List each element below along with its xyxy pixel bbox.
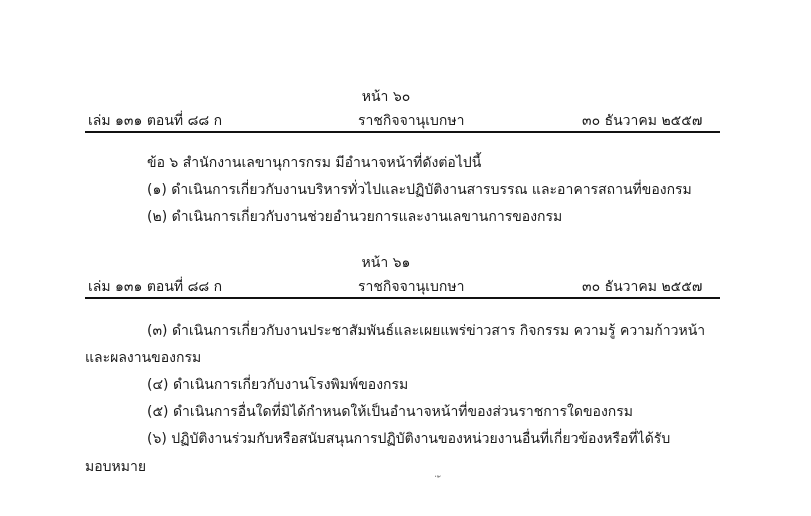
clause-4: (๔) ดำเนินการเกี่ยวกับงานโรงพิมพ์ของกรม: [147, 374, 408, 396]
clause-5: (๕) ดำเนินการอื่นใดที่มิได้กำหนดให้เป็นอ…: [147, 401, 633, 423]
page-number-61: หน้า ๖๑: [326, 252, 446, 274]
gazette-date: ๓๐ ธันวาคม ๒๕๕๗: [582, 110, 702, 132]
gazette-title: ราชกิจจานุเบกษา: [358, 276, 464, 298]
gazette-volume: เล่ม ๑๓๑ ตอนที่ ๘๘ ก: [88, 110, 222, 132]
header-rule: [85, 131, 720, 133]
clause-6-continued: มอบหมาย: [85, 456, 146, 478]
clause-3-continued: และผลงานของกรม: [85, 347, 201, 369]
clause-2: (๒) ดำเนินการเกี่ยวกับงานช่วยอำนวยการและ…: [147, 206, 562, 228]
clause-6: (๖) ปฏิบัติงานร่วมกับหรือสนับสนุนการปฏิบ…: [147, 428, 670, 450]
section-6-heading: ข้อ ๖ สำนักงานเลขานุการกรม มีอำนาจหน้าที…: [147, 152, 481, 174]
gazette-volume: เล่ม ๑๓๑ ตอนที่ ๘๘ ก: [88, 276, 222, 298]
clause-1: (๑) ดำเนินการเกี่ยวกับงานบริหารทั่วไปและ…: [147, 179, 692, 201]
cutoff-text-fragment: ่ ้: [437, 476, 440, 491]
document-page: หน้า ๖๐ เล่ม ๑๓๑ ตอนที่ ๘๘ ก ราชกิจจานุเ…: [0, 0, 811, 516]
header-rule: [85, 297, 720, 299]
gazette-title: ราชกิจจานุเบกษา: [358, 110, 464, 132]
clause-3: (๓) ดำเนินการเกี่ยวกับงานประชาสัมพันธ์แล…: [147, 320, 705, 342]
gazette-date: ๓๐ ธันวาคม ๒๕๕๗: [582, 276, 702, 298]
page-number-60: หน้า ๖๐: [326, 86, 446, 108]
